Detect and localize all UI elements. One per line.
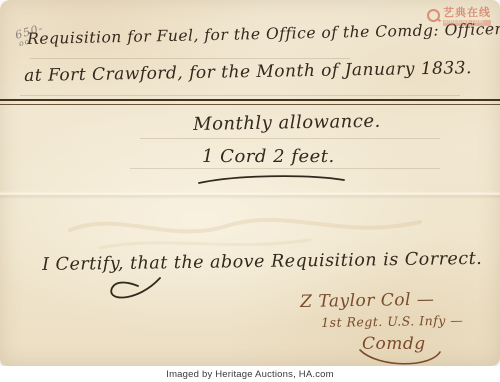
manuscript-paper: 650- oo Requisition for Fuel, for the Of… — [0, 0, 500, 366]
site-watermark: 艺典在线 artfoxlive.com — [427, 8, 491, 26]
allowance-line2: 1 Cord 2 feet. — [202, 146, 335, 167]
fold-crease — [0, 191, 500, 199]
image-credit-text: Imaged by Heritage Auctions, HA.com — [166, 369, 334, 380]
ruled-line — [20, 95, 460, 96]
magnifier-icon — [427, 9, 440, 22]
auction-photo: 650- oo Requisition for Fuel, for the Of… — [0, 0, 500, 382]
ruled-line — [140, 138, 440, 139]
ink-showthrough — [60, 200, 440, 255]
signature-name: Z Taylor Col — — [300, 290, 435, 312]
double-rule — [0, 99, 500, 105]
watermark-site-url: artfoxlive.com — [443, 20, 491, 26]
signature-rank: 1st Regt. U.S. Infy — — [321, 313, 463, 330]
watermark-site-name: 艺典在线 — [443, 8, 491, 19]
allowance-line1: Monthly allowance. — [193, 111, 381, 135]
heading-line2: at Fort Crawford, for the Month of Janua… — [24, 58, 472, 86]
ruled-line — [130, 168, 440, 169]
underline-flourish — [196, 172, 348, 188]
ruled-line — [30, 58, 350, 59]
certify-flourish — [98, 276, 170, 306]
image-credit-bar: Imaged by Heritage Auctions, HA.com — [0, 366, 500, 382]
